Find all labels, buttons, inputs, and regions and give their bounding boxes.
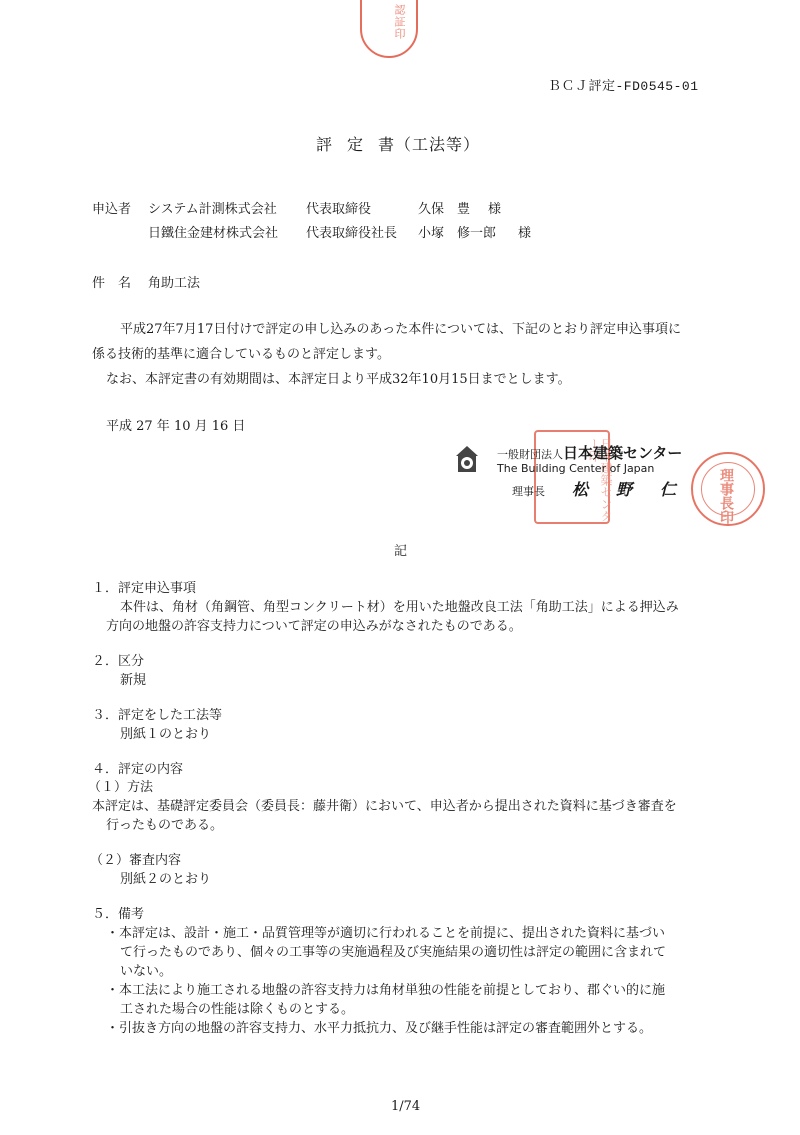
applicant-1-honorific: 様 — [488, 203, 501, 216]
section-4-sub1-line-1: 本評定は、基礎評定委員会（委員長：藤井衛）において、申込者から提出された資料に基… — [92, 800, 677, 813]
applicant-2-honorific: 様 — [518, 227, 531, 240]
applicant-2-position: 代表取締役社長 — [306, 227, 397, 240]
intro-line-1: 平成27年7月17日付けで評定の申し込みのあった本件については、下記のとおり評定… — [120, 323, 681, 336]
chief-director-label: 理事長 — [512, 486, 545, 497]
section-3-line-1: 別紙１のとおり — [120, 728, 211, 741]
page-number: 1/74 — [391, 1100, 420, 1113]
title-char-3: 書 — [378, 135, 395, 154]
applicant-1-company: システム計測株式会社 — [148, 203, 277, 216]
chief-director-name: 松野仁 — [572, 482, 704, 498]
issuer-org-prefix: 一般財団法人 — [497, 448, 563, 461]
section-4-sub1-line-2: 行ったものである。 — [106, 819, 223, 832]
section-1-heading: １．評定申込事項 — [92, 582, 196, 595]
applicants-label: 申込者 — [92, 203, 131, 216]
director-seal-stamp: 理事長印 — [691, 452, 765, 526]
section-4-sub2-heading: （２）審査内容 — [90, 854, 181, 867]
section-5-bullet-1-line-3: いない。 — [120, 965, 172, 978]
section-2-heading: ２．区分 — [92, 655, 144, 668]
section-5-bullet-1-line-1: ・本評定は、設計・施工・品質管理等が適切に行われることを前提に、提出された資料に… — [106, 927, 665, 940]
section-2-line-1: 新規 — [120, 674, 146, 687]
top-seal-stamp: 認証印 — [360, 0, 418, 58]
building-center-logo-icon — [455, 445, 479, 473]
intro-line-2: 係る技術的基準に適合しているものと評定します。 — [92, 348, 390, 361]
subject-value: 角助工法 — [148, 277, 200, 290]
applicant-1-position: 代表取締役 — [306, 203, 371, 216]
section-4-heading: ４．評定の内容 — [92, 763, 183, 776]
section-5-bullet-2-line-2: 工された場合の性能は除くものとする。 — [120, 1003, 354, 1016]
subject-label: 件 名 — [92, 277, 131, 290]
section-5-bullet-2-line-1: ・本工法により施工される地盤の許容支持力は角材単独の性能を前提としており、郡ぐい… — [106, 984, 665, 997]
section-4-sub1-heading: （１）方法 — [88, 781, 153, 794]
issue-date: 平成 27 年 10 月 16 日 — [106, 420, 245, 433]
section-5-bullet-3-line-1: ・引抜き方向の地盤の許容支持力、水平力抵抗力、及び継手性能は評定の審査範囲外とす… — [106, 1022, 652, 1035]
issuer-org-name: 日本建築センター — [563, 444, 682, 462]
section-5-bullet-1-line-2: て行ったものであり、個々の工事等の実施過程及び実施結果の適切性は評定の範囲に含ま… — [120, 946, 666, 959]
section-5-heading: ５．備考 — [92, 908, 144, 921]
director-seal-text: 理事長印 — [719, 468, 733, 524]
section-1-line-1: 本件は、角材（角鋼管、角型コンクリート材）を用いた地盤改良工法「角助工法」による… — [120, 601, 679, 614]
document-title: 評定書（工法等） — [316, 137, 480, 153]
title-char-2: 定 — [347, 135, 364, 154]
section-3-heading: ３．評定をした工法等 — [92, 709, 222, 722]
applicant-2-name: 小塚 修一郎 — [418, 227, 496, 240]
issuer-org-name-en: The Building Center of Japan — [497, 463, 654, 474]
issuer-organization-name: 一般財団法人日本建築センター — [497, 446, 682, 461]
document-number: ＢＣＪ評定-FD0545-01 — [548, 80, 699, 93]
title-char-1: 評 — [316, 135, 333, 154]
ki-marker: 記 — [394, 545, 407, 558]
applicant-2-company: 日鐵住金建材株式会社 — [148, 227, 278, 240]
title-suffix: （工法等） — [395, 135, 480, 154]
applicant-1-name: 久保 豊 — [418, 203, 470, 216]
section-1-line-2: 方向の地盤の許容支持力について評定の申込みがなされたものである。 — [106, 620, 522, 633]
top-seal-text: 認証印 — [394, 4, 405, 40]
intro-line-3: なお、本評定書の有効期間は、本評定日より平成32年10月15日までとします。 — [106, 373, 571, 386]
section-4-sub2-line-1: 別紙２のとおり — [120, 873, 211, 886]
